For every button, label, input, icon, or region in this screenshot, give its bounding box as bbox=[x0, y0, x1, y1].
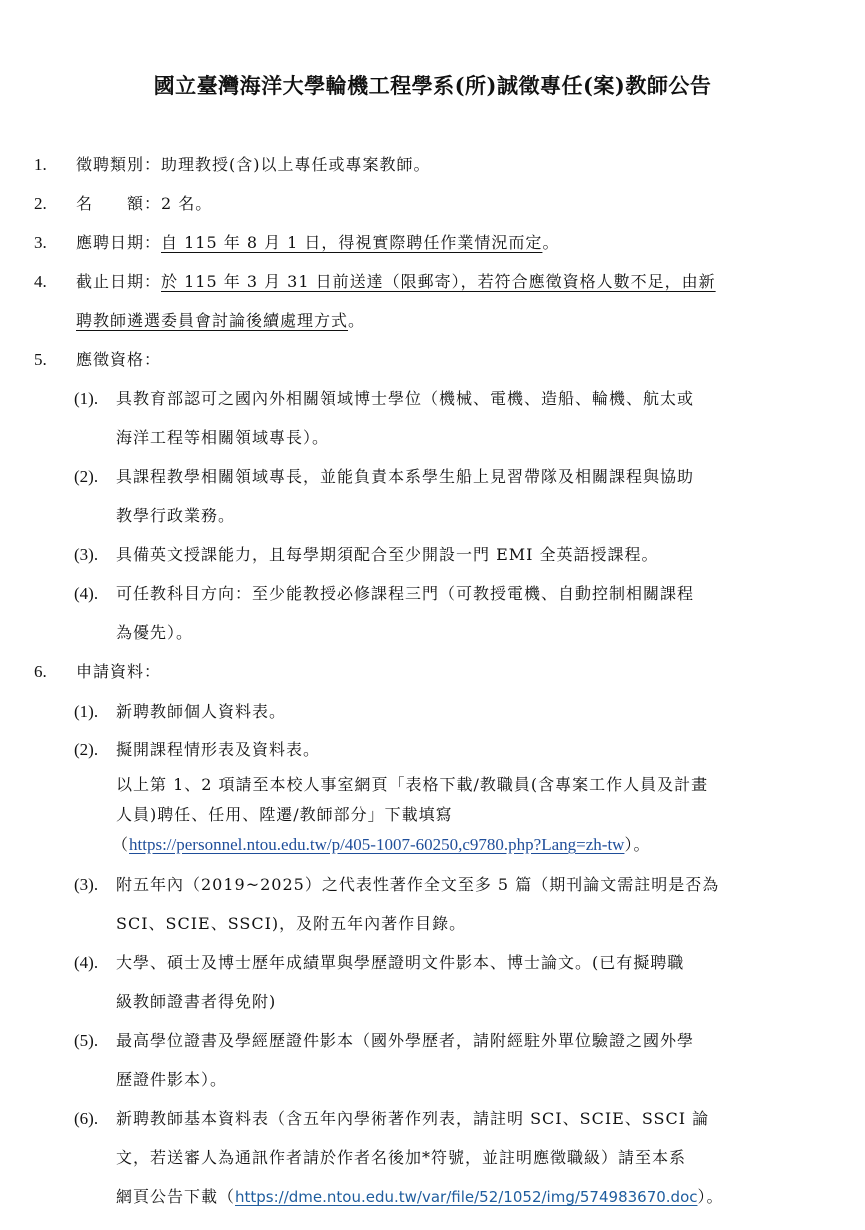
document-2-link-line: （https://personnel.ntou.edu.tw/p/405-100… bbox=[112, 835, 650, 855]
qualification-2-cont: 教學行政業務。 bbox=[116, 506, 235, 526]
deadline-text-cont: 聘教師遴選委員會討論後續處理方式 bbox=[76, 311, 348, 330]
item-quota: 名 額：2 名。 bbox=[76, 194, 212, 214]
document-6-cont: 文，若送審人為通訊作者請於作者名後加*符號，並註明應徵職級）請至本系 bbox=[116, 1148, 686, 1168]
qualification-4: 可任教科目方向：至少能教授必修課程三門（可教授電機、自動控制相關課程 bbox=[116, 584, 694, 604]
document-5: 最高學位證書及學經歷證件影本（國外學歷者，請附經駐外單位驗證之國外學 bbox=[116, 1031, 694, 1051]
item-label: 應聘日期： bbox=[76, 233, 161, 252]
punctuation: 。 bbox=[542, 233, 559, 252]
qualification-1: 具教育部認可之國內外相關領域博士學位（機械、電機、造船、輪機、航太或 bbox=[116, 389, 694, 409]
item-start-date: 應聘日期：自 115 年 8 月 1 日，得視實際聘任作業情況而定。 bbox=[76, 233, 559, 253]
item-text: 助理教授(含)以上專任或專案教師。 bbox=[161, 155, 431, 174]
item-text: 2 名。 bbox=[161, 194, 212, 213]
sub-number: (4). bbox=[74, 584, 98, 604]
document-4-cont: 級教師證書者得免附) bbox=[116, 992, 276, 1012]
personnel-form-link[interactable]: https://personnel.ntou.edu.tw/p/405-1007… bbox=[129, 835, 624, 854]
item-number: 5. bbox=[34, 350, 47, 370]
qualification-3: 具備英文授課能力，且每學期須配合至少開設一門 EMI 全英語授課程。 bbox=[116, 545, 659, 565]
document-4: 大學、碩士及博士歷年成績單與學歷證明文件影本、博士論文。(已有擬聘職 bbox=[116, 953, 684, 973]
document-6-link-line: 網頁公告下載（https://dme.ntou.edu.tw/var/file/… bbox=[116, 1187, 724, 1207]
qualification-2: 具課程教學相關領域專長，並能負責本系學生船上見習帶隊及相關課程與協助 bbox=[116, 467, 694, 487]
dept-form-link[interactable]: https://dme.ntou.edu.tw/var/file/52/1052… bbox=[235, 1188, 697, 1206]
document-3: 附五年內（2019~2025）之代表性著作全文至多 5 篇（期刊論文需註明是否為 bbox=[116, 875, 719, 895]
qualification-1-cont: 海洋工程等相關領域專長）。 bbox=[116, 428, 329, 448]
sub-number: (5). bbox=[74, 1031, 98, 1051]
document-5-cont: 歷證件影本）。 bbox=[116, 1070, 227, 1090]
item-deadline: 截止日期：於 115 年 3 月 31 日前送達（限郵寄），若符合應徵資格人數不… bbox=[76, 272, 716, 292]
sub-number: (2). bbox=[74, 740, 98, 760]
item-label: 徵聘類別： bbox=[76, 155, 161, 174]
sub-number: (1). bbox=[74, 702, 98, 722]
sub-number: (6). bbox=[74, 1109, 98, 1129]
start-date-text: 自 115 年 8 月 1 日，得視實際聘任作業情況而定 bbox=[161, 233, 542, 252]
document-2-note: 以上第 1、2 項請至本校人事室網頁「表格下載/教職員(含專案工作人員及計畫 bbox=[116, 775, 708, 795]
sub-number: (1). bbox=[74, 389, 98, 409]
item-number: 3. bbox=[34, 233, 47, 253]
document-1: 新聘教師個人資料表。 bbox=[116, 702, 286, 722]
qualification-4-cont: 為優先）。 bbox=[116, 623, 193, 643]
deadline-text: 於 115 年 3 月 31 日前送達（限郵寄），若符合應徵資格人數不足，由新 bbox=[161, 272, 716, 291]
document-6: 新聘教師基本資料表（含五年內學術著作列表，請註明 SCI、SCIE、SSCI 論 bbox=[116, 1109, 709, 1129]
item-number: 1. bbox=[34, 155, 47, 175]
item-number: 4. bbox=[34, 272, 47, 292]
sub-number: (4). bbox=[74, 953, 98, 973]
item-number: 2. bbox=[34, 194, 47, 214]
item-number: 6. bbox=[34, 662, 47, 682]
item-deadline-cont: 聘教師遴選委員會討論後續處理方式。 bbox=[76, 311, 365, 331]
sub-number: (2). bbox=[74, 467, 98, 487]
punctuation: 。 bbox=[348, 311, 365, 330]
section-documents: 申請資料： bbox=[76, 662, 161, 682]
document-3-cont: SCI、SCIE、SSCI)，及附五年內著作目錄。 bbox=[116, 914, 466, 934]
page-title: 國立臺灣海洋大學輪機工程學系(所)誠徵專任(案)教師公告 bbox=[0, 70, 865, 100]
item-label: 名 額： bbox=[76, 194, 161, 213]
paren-open: （ bbox=[112, 835, 129, 854]
item-recruitment-category: 徵聘類別：助理教授(含)以上專任或專案教師。 bbox=[76, 155, 431, 175]
sub-number: (3). bbox=[74, 545, 98, 565]
section-qualifications: 應徵資格： bbox=[76, 350, 161, 370]
paren-close: ）。 bbox=[698, 1187, 724, 1206]
download-text: 網頁公告下載（ bbox=[116, 1187, 235, 1206]
item-label: 截止日期： bbox=[76, 272, 161, 291]
document-2: 擬開課程情形表及資料表。 bbox=[116, 740, 320, 760]
document-2-note-cont: 人員)聘任、任用、陞遷/教師部分」下載填寫 bbox=[116, 805, 453, 825]
paren-close: ）。 bbox=[624, 835, 650, 854]
sub-number: (3). bbox=[74, 875, 98, 895]
